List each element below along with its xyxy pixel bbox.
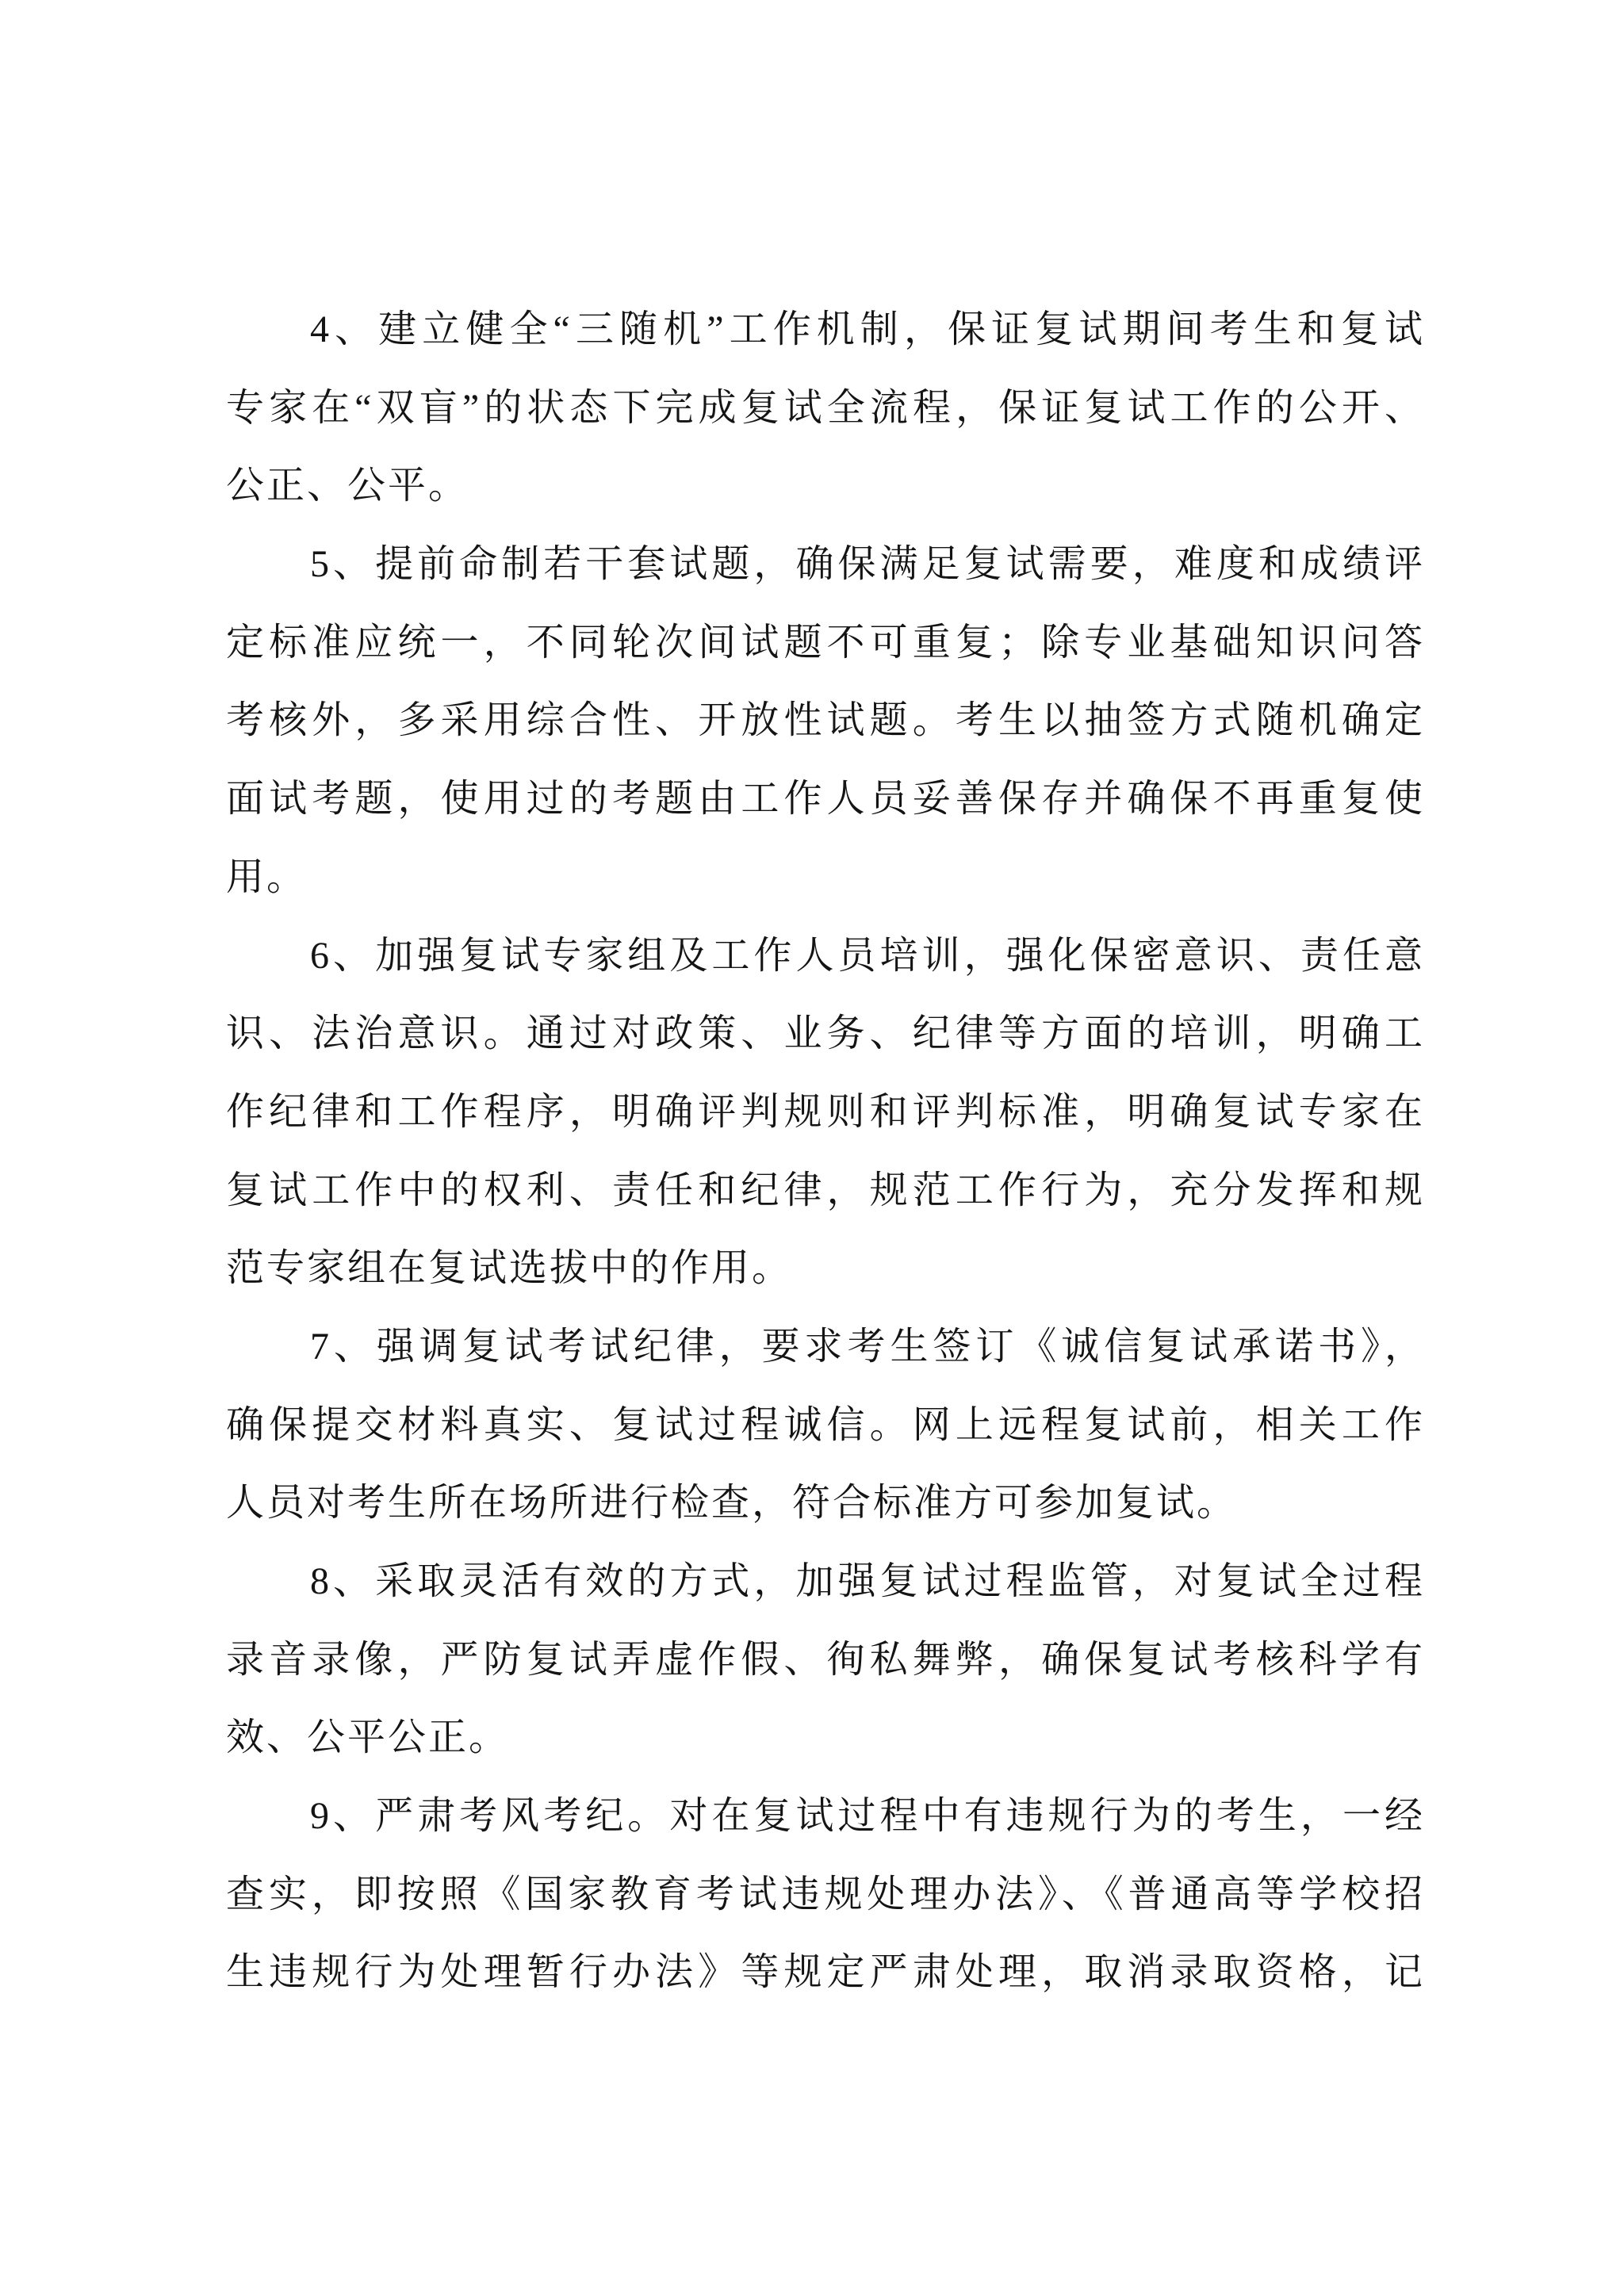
- text-line: 5、提前命制若干套试题，确保满足复试需要，难度和成绩评: [226, 526, 1425, 604]
- text-line: 面试考题，使用过的考题由工作人员妥善保存并确保不再重复使: [226, 760, 1425, 839]
- text-line: 生违规行为处理暂行办法》等规定严肃处理，取消录取资格，记: [226, 1934, 1425, 2012]
- document-page: 4、建立健全“三随机”工作机制，保证复试期间考生和复试 专家在“双盲”的状态下完…: [0, 0, 1624, 2296]
- text-line: 专家在“双盲”的状态下完成复试全流程，保证复试工作的公开、: [226, 369, 1425, 448]
- text-line: 考核外，多采用综合性、开放性试题。考生以抽签方式随机确定: [226, 682, 1425, 760]
- text-line: 定标准应统一，不同轮次间试题不可重复；除专业基础知识问答: [226, 604, 1425, 683]
- text-line: 效、公平公正。: [226, 1699, 1425, 1777]
- text-line: 查实，即按照《国家教育考试违规处理办法》、《普通高等学校招: [226, 1856, 1425, 1934]
- text-line: 作纪律和工作程序，明确评判规则和评判标准，明确复试专家在: [226, 1073, 1425, 1152]
- text-line: 用。: [226, 839, 1425, 917]
- text-line: 公正、公平。: [226, 447, 1425, 526]
- text-line: 8、采取灵活有效的方式，加强复试过程监管，对复试全过程: [226, 1543, 1425, 1621]
- text-line: 复试工作中的权利、责任和纪律，规范工作行为，充分发挥和规: [226, 1152, 1425, 1230]
- text-line: 范专家组在复试选拔中的作用。: [226, 1230, 1425, 1308]
- text-line: 人员对考生所在场所进行检查，符合标准方可参加复试。: [226, 1464, 1425, 1543]
- text-line: 9、严肃考风考纪。对在复试过程中有违规行为的考生，一经: [226, 1777, 1425, 1856]
- text-line: 录音录像，严防复试弄虚作假、徇私舞弊，确保复试考核科学有: [226, 1621, 1425, 1700]
- document-body: 4、建立健全“三随机”工作机制，保证复试期间考生和复试 专家在“双盲”的状态下完…: [226, 291, 1425, 2012]
- text-line: 识、法治意识。通过对政策、业务、纪律等方面的培训，明确工: [226, 995, 1425, 1073]
- text-line: 4、建立健全“三随机”工作机制，保证复试期间考生和复试: [226, 291, 1425, 369]
- text-line: 6、加强复试专家组及工作人员培训，强化保密意识、责任意: [226, 917, 1425, 996]
- text-line: 7、强调复试考试纪律，要求考生签订《诚信复试承诺书》，: [226, 1308, 1425, 1387]
- text-line: 确保提交材料真实、复试过程诚信。网上远程复试前，相关工作: [226, 1387, 1425, 1465]
